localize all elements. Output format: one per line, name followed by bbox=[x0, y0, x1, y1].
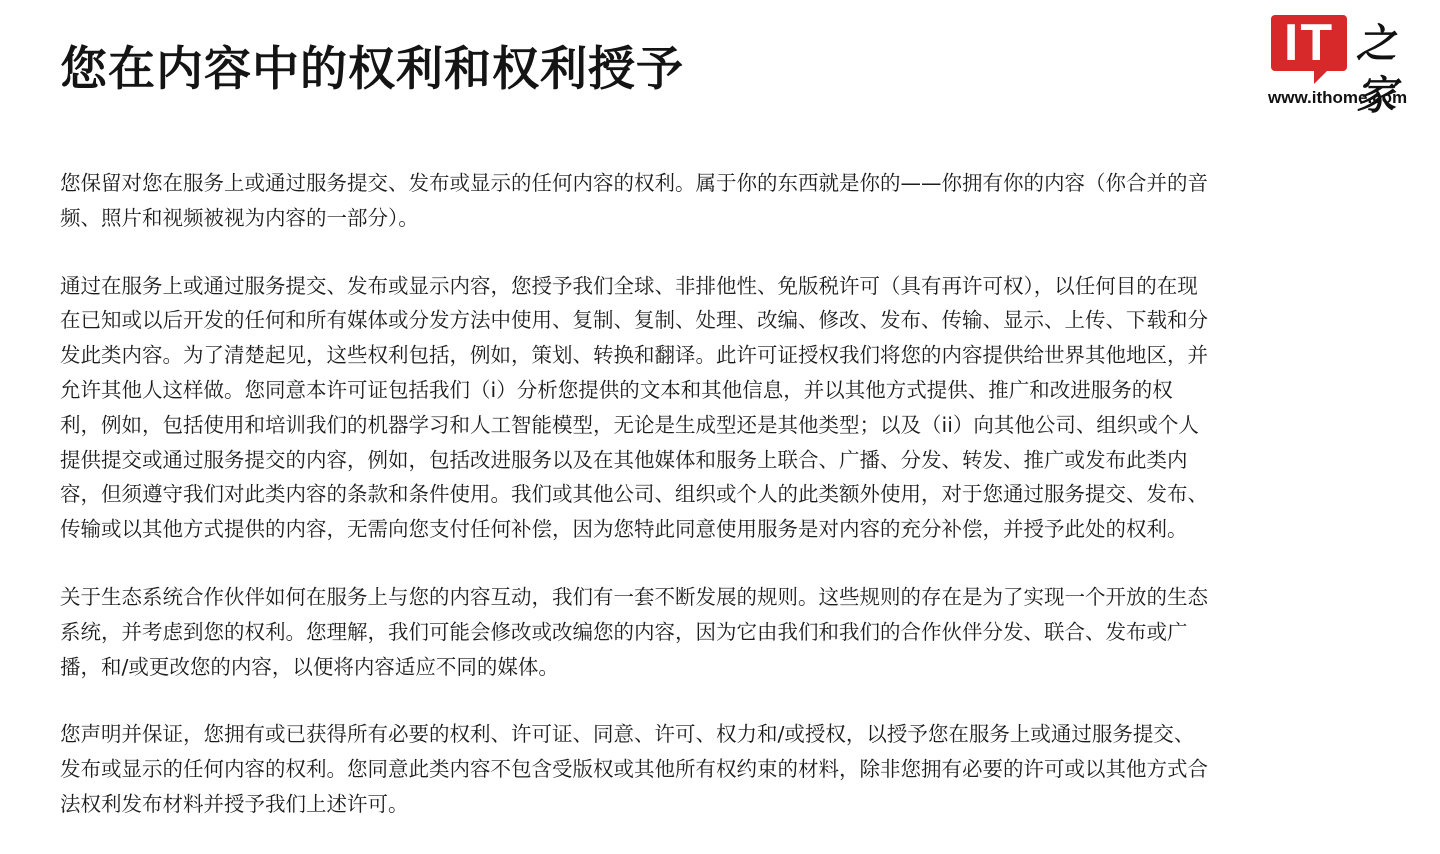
page-title: 您在内容中的权利和权利授予 bbox=[60, 38, 684, 102]
paragraph-license-grant: 通过在服务上或通过服务提交、发布或显示内容，您授予我们全球、非排他性、免版税许可… bbox=[60, 269, 1350, 547]
text-line: 在已知或以后开发的任何和所有媒体或分发方法中使用、复制、复制、处理、改编、修改、… bbox=[60, 303, 1350, 338]
paragraph-ecosystem-partners: 关于生态系统合作伙伴如何在服务上与您的内容互动，我们有一套不断发展的规则。这些规… bbox=[60, 580, 1350, 684]
text-line: 通过在服务上或通过服务提交、发布或显示内容，您授予我们全球、非排他性、免版税许可… bbox=[60, 269, 1350, 304]
text-line: 播，和/或更改您的内容，以便将内容适应不同的媒体。 bbox=[60, 650, 1350, 685]
text-line: 发此类内容。为了清楚起见，这些权利包括，例如，策划、转换和翻译。此许可证授权我们… bbox=[60, 338, 1350, 373]
text-line: 频、照片和视频被视为内容的一部分）。 bbox=[60, 201, 1350, 236]
text-line: 传输或以其他方式提供的内容，无需向您支付任何补偿，因为您特此同意使用服务是对内容… bbox=[60, 512, 1350, 547]
text-line: 提供提交或通过服务提交的内容，例如，包括改进服务以及在其他媒体和服务上联合、广播… bbox=[60, 443, 1350, 478]
ithome-logo: IT 之家 www.ithome.com bbox=[1268, 14, 1433, 114]
paragraph-content-ownership: 您保留对您在服务上或通过服务提交、发布或显示的任何内容的权利。属于你的东西就是你… bbox=[60, 166, 1350, 236]
paragraph-representations-warranties: 您声明并保证，您拥有或已获得所有必要的权利、许可证、同意、许可、权力和/或授权，… bbox=[60, 717, 1350, 821]
text-line: 您声明并保证，您拥有或已获得所有必要的权利、许可证、同意、许可、权力和/或授权，… bbox=[60, 717, 1350, 752]
text-line: 发布或显示的任何内容的权利。您同意此类内容不包含受版权或其他所有权约束的材料，除… bbox=[60, 752, 1350, 787]
text-line: 系统，并考虑到您的权利。您理解，我们可能会修改或改编您的内容，因为它由我们和我们… bbox=[60, 615, 1350, 650]
text-line: 关于生态系统合作伙伴如何在服务上与您的内容互动，我们有一套不断发展的规则。这些规… bbox=[60, 580, 1350, 615]
text-line: 法权利发布材料并授予我们上述许可。 bbox=[60, 787, 1350, 822]
article-body: 您保留对您在服务上或通过服务提交、发布或显示的任何内容的权利。属于你的东西就是你… bbox=[60, 166, 1350, 854]
text-line: 利，例如，包括使用和培训我们的机器学习和人工智能模型，无论是生成型还是其他类型；… bbox=[60, 408, 1350, 443]
logo-badge-text: IT bbox=[1271, 15, 1347, 71]
logo-url: www.ithome.com bbox=[1268, 88, 1433, 108]
text-line: 允许其他人这样做。您同意本许可证包括我们（i）分析您提供的文本和其他信息，并以其… bbox=[60, 373, 1350, 408]
speech-bubble-tail-icon bbox=[1314, 70, 1328, 84]
text-line: 您保留对您在服务上或通过服务提交、发布或显示的任何内容的权利。属于你的东西就是你… bbox=[60, 166, 1350, 201]
text-line: 容，但须遵守我们对此类内容的条款和条件使用。我们或其他公司、组织或个人的此类额外… bbox=[60, 477, 1350, 512]
